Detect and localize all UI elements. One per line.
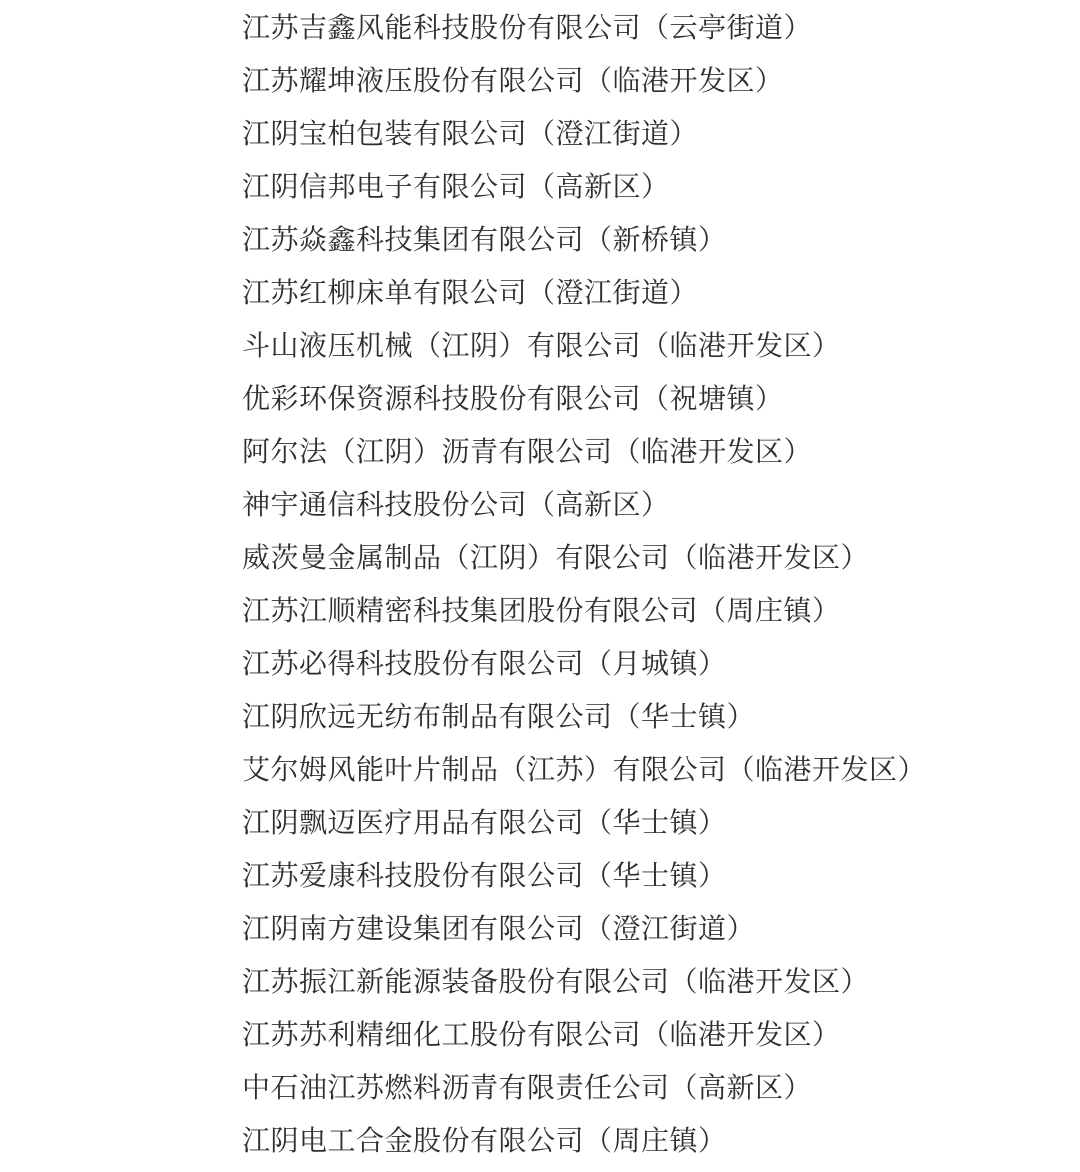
company-list-item: 江阴欣远无纺布制品有限公司（华士镇） — [242, 691, 1040, 744]
company-list-item: 优彩环保资源科技股份有限公司（祝塘镇） — [242, 373, 1040, 426]
company-list-item: 江苏爱康科技股份有限公司（华士镇） — [242, 850, 1040, 903]
document-page: 江苏吉鑫风能科技股份有限公司（云亭街道）江苏耀坤液压股份有限公司（临港开发区）江… — [0, 0, 1080, 1172]
company-list-item: 阿尔法（江阴）沥青有限公司（临港开发区） — [242, 426, 1040, 479]
company-list-item: 江阴飘迈医疗用品有限公司（华士镇） — [242, 797, 1040, 850]
company-list-item: 江阴南方建设集团有限公司（澄江街道） — [242, 903, 1040, 956]
company-list-item: 中石油江苏燃料沥青有限责任公司（高新区） — [242, 1062, 1040, 1115]
company-list-item: 江苏红柳床单有限公司（澄江街道） — [242, 267, 1040, 320]
company-list-item: 江苏耀坤液压股份有限公司（临港开发区） — [242, 55, 1040, 108]
company-list-item: 江苏江顺精密科技集团股份有限公司（周庄镇） — [242, 585, 1040, 638]
company-list-item: 威茨曼金属制品（江阴）有限公司（临港开发区） — [242, 532, 1040, 585]
company-list-item: 江阴宝柏包装有限公司（澄江街道） — [242, 108, 1040, 161]
company-list-item: 艾尔姆风能叶片制品（江苏）有限公司（临港开发区） — [242, 744, 1040, 797]
company-list-item: 江阴信邦电子有限公司（高新区） — [242, 161, 1040, 214]
company-list-item: 江苏振江新能源装备股份有限公司（临港开发区） — [242, 956, 1040, 1009]
company-list-item: 江苏必得科技股份有限公司（月城镇） — [242, 638, 1040, 691]
company-list-item: 江阴电工合金股份有限公司（周庄镇） — [242, 1115, 1040, 1168]
company-list-item: 神宇通信科技股份公司（高新区） — [242, 479, 1040, 532]
company-list-item: 斗山液压机械（江阴）有限公司（临港开发区） — [242, 320, 1040, 373]
company-list: 江苏吉鑫风能科技股份有限公司（云亭街道）江苏耀坤液压股份有限公司（临港开发区）江… — [0, 0, 1080, 1168]
company-list-item: 江苏苏利精细化工股份有限公司（临港开发区） — [242, 1009, 1040, 1062]
company-list-item: 江苏吉鑫风能科技股份有限公司（云亭街道） — [242, 2, 1040, 55]
company-list-item: 江苏焱鑫科技集团有限公司（新桥镇） — [242, 214, 1040, 267]
